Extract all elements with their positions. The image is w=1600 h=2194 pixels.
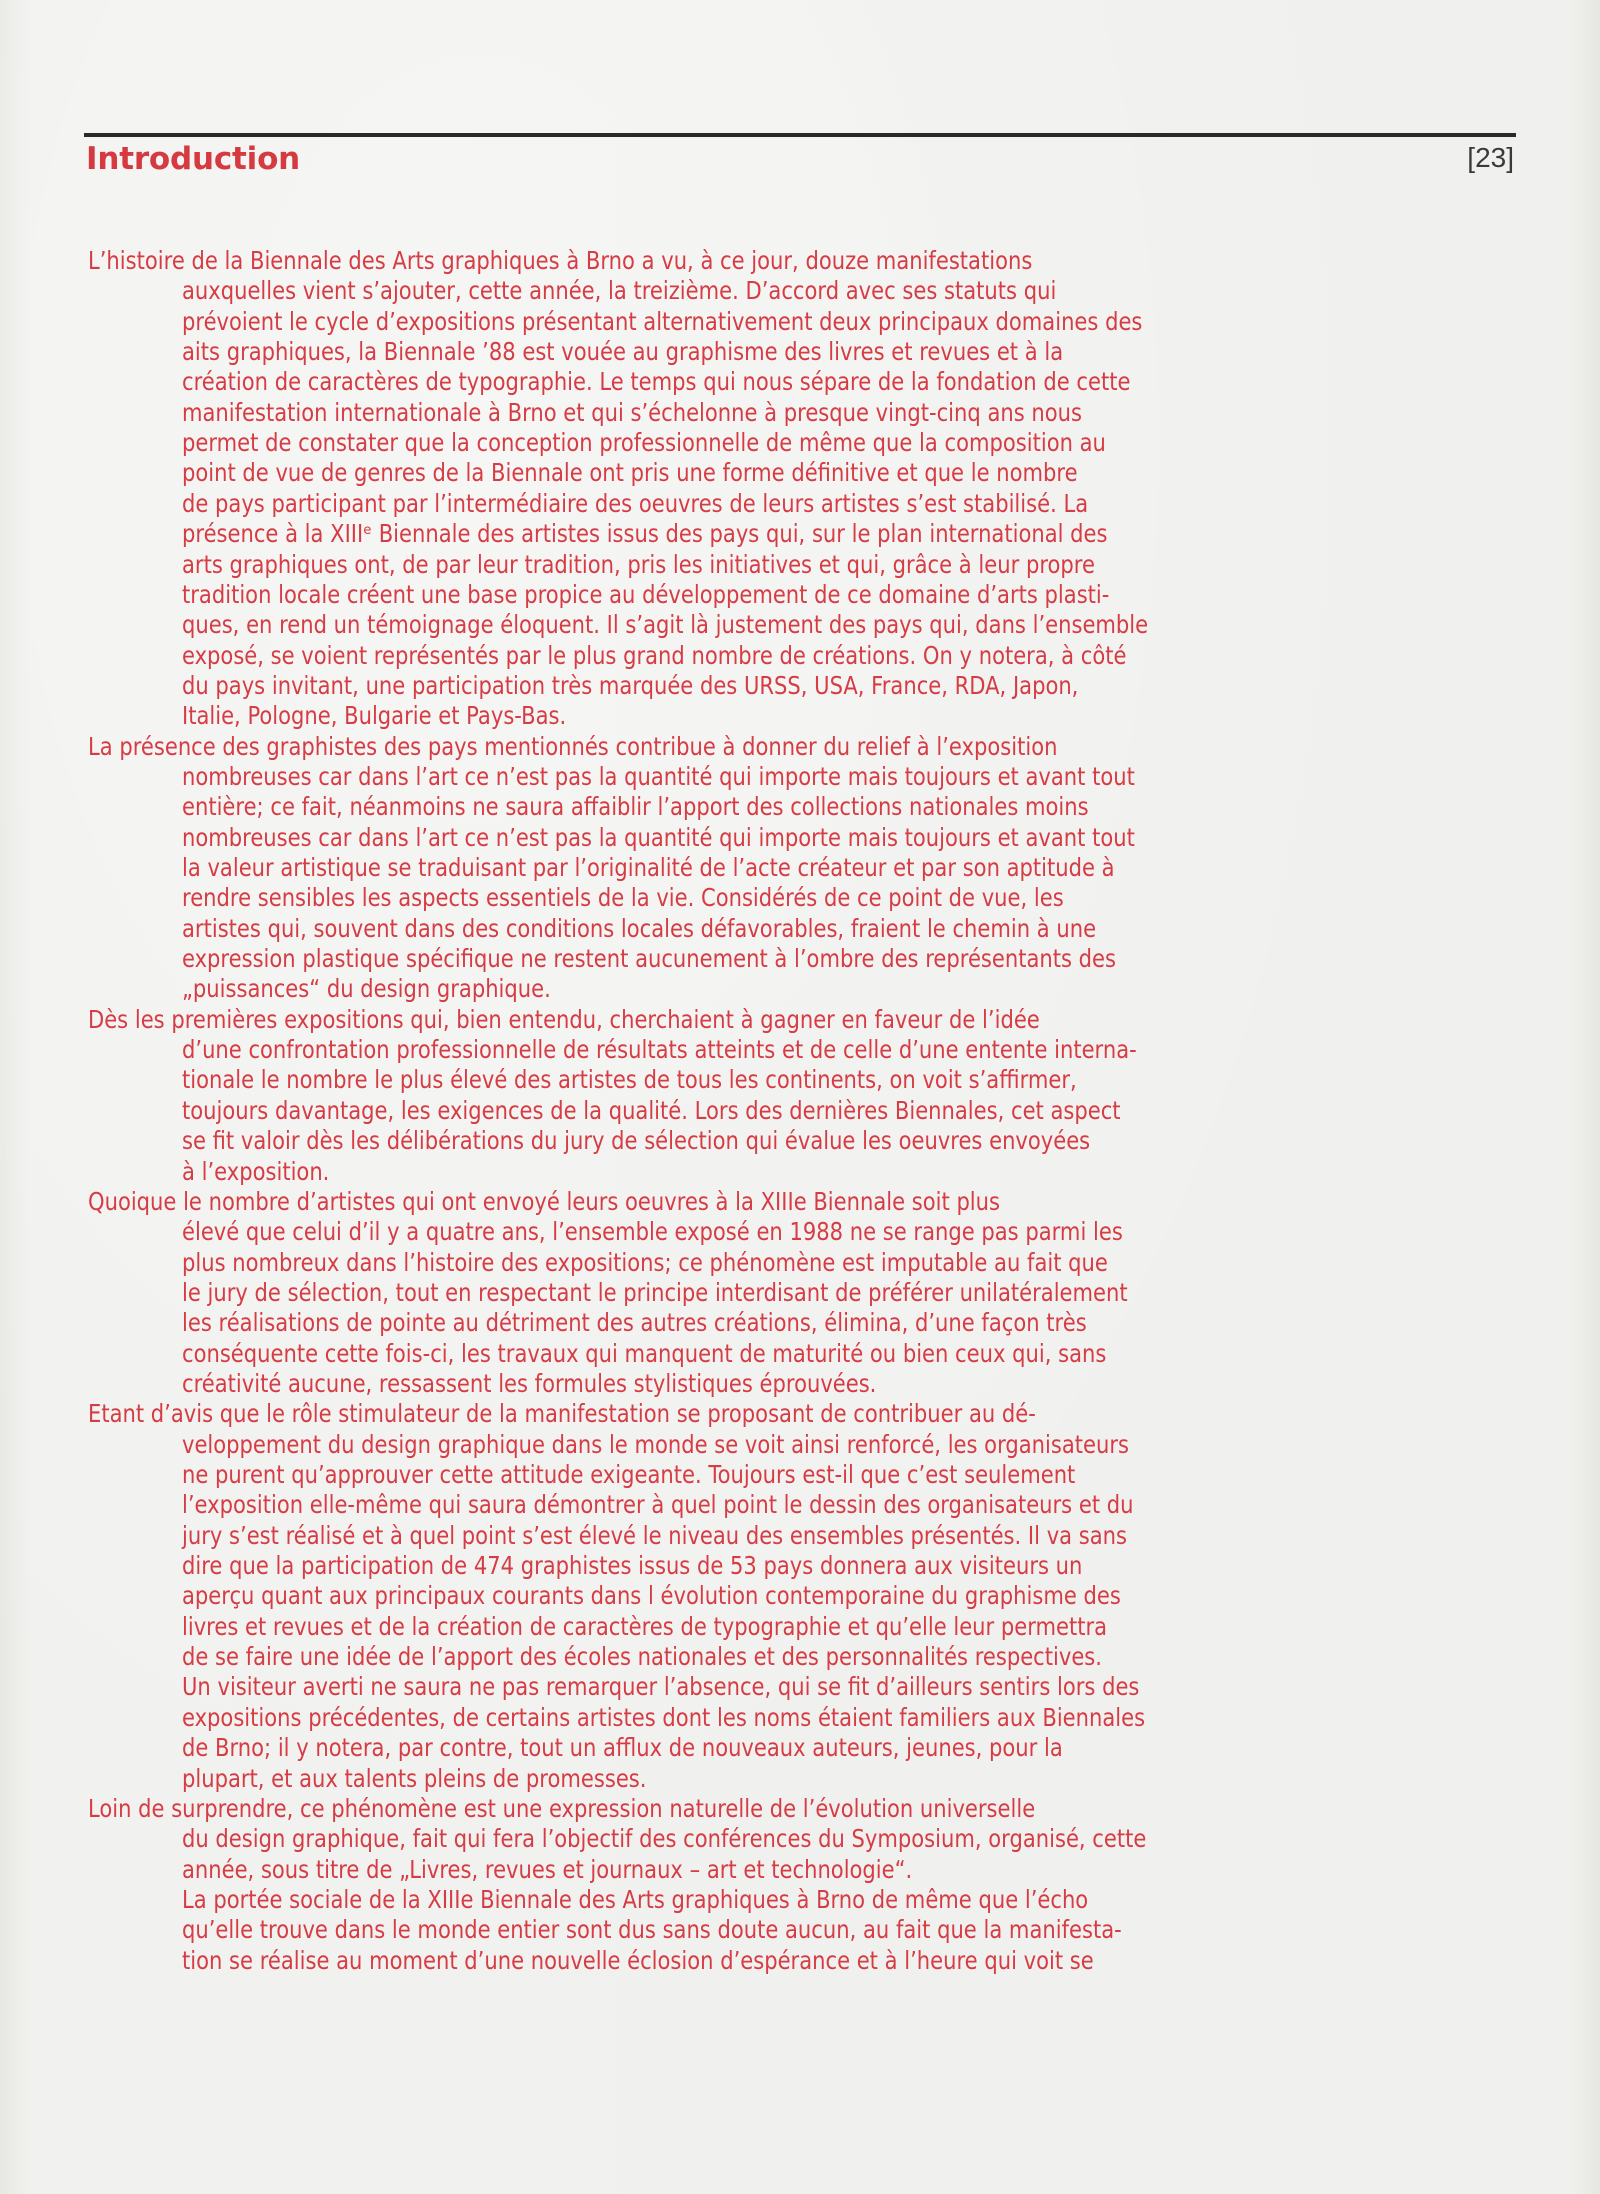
paragraph-line: élevé que celui d’il y a quatre ans, l’e… (182, 1217, 1123, 1247)
paragraph-line: de se faire une idée de l’apport des éco… (182, 1642, 1102, 1672)
paragraph-line: nombreuses car dans l’art ce n’est pas l… (182, 823, 1135, 853)
paragraph-line: permet de constater que la conception pr… (182, 428, 1106, 458)
paragraph-line: création de caractères de typographie. L… (182, 367, 1130, 397)
paragraph-first-line: La présence des graphistes des pays ment… (88, 732, 1057, 762)
paragraph-line: livres et revues et de la création de ca… (182, 1612, 1107, 1642)
paragraph-line: l’exposition elle-même qui saura démontr… (182, 1490, 1134, 1520)
paragraph-line: tionale le nombre le plus élevé des arti… (182, 1065, 1077, 1095)
paragraph-line: „puissances“ du design graphique. (182, 974, 551, 1004)
page-number: [23] (1467, 142, 1514, 174)
paragraph-line: jury s’est réalisé et à quel point s’est… (182, 1521, 1127, 1551)
paragraph-line: plus nombreux dans l’histoire des exposi… (182, 1248, 1108, 1278)
paragraph-line: de pays participant par l’intermédiaire … (182, 489, 1088, 519)
paragraph-line: de Brno; il y notera, par contre, tout u… (182, 1733, 1063, 1763)
paragraph-line: entière; ce fait, néanmoins ne saura aff… (182, 792, 1089, 822)
paragraph-line: du design graphique, fait qui fera l’obj… (182, 1824, 1146, 1854)
paragraph-line: ne purent qu’approuver cette attitude ex… (182, 1460, 1075, 1490)
paragraph-line: se fit valoir dès les délibérations du j… (182, 1126, 1090, 1156)
paragraph-line: plupart, et aux talents pleins de promes… (182, 1764, 646, 1794)
paragraph-line: Un visiteur averti ne saura ne pas remar… (182, 1672, 1139, 1702)
paragraph-line: aits graphiques, la Biennale ’88 est vou… (182, 337, 1063, 367)
paragraph-line: expositions précédentes, de certains art… (182, 1703, 1145, 1733)
paragraph-first-line: Dès les premières expositions qui, bien … (88, 1005, 1040, 1035)
paragraph-line: point de vue de genres de la Biennale on… (182, 458, 1078, 488)
paragraph-first-line: Etant d’avis que le rôle stimulateur de … (88, 1399, 1036, 1429)
paragraph-line: conséquente cette fois-ci, les travaux q… (182, 1339, 1106, 1369)
paragraph-line: exposé, se voient représentés par le plu… (182, 641, 1126, 671)
paragraph-line: ques, en rend un témoignage éloquent. Il… (182, 610, 1148, 640)
paragraph-line: dire que la participation de 474 graphis… (182, 1551, 1082, 1581)
paragraph-line: qu’elle trouve dans le monde entier sont… (182, 1915, 1122, 1945)
paragraph-line: nombreuses car dans l’art ce n’est pas l… (182, 762, 1135, 792)
paragraph-line: expression plastique spécifique ne reste… (182, 944, 1116, 974)
paragraph-line: prévoient le cycle d’expositions présent… (182, 307, 1142, 337)
header-rule (84, 133, 1516, 137)
paragraph-line: arts graphiques ont, de par leur traditi… (182, 550, 1095, 580)
paragraph-line: tion se réalise au moment d’une nouvelle… (182, 1946, 1094, 1976)
paragraph-line: d’une confrontation professionnelle de r… (182, 1035, 1137, 1065)
paragraph-first-line: L’histoire de la Biennale des Arts graph… (88, 246, 1032, 276)
paragraph-line: toujours davantage, les exigences de la … (182, 1096, 1121, 1126)
paragraph-line: artistes qui, souvent dans des condition… (182, 914, 1096, 944)
paragraph-first-line: Loin de surprendre, ce phénomène est une… (88, 1794, 1035, 1824)
paragraph-line: année, sous titre de „Livres, revues et … (182, 1855, 912, 1885)
paragraph-line: la valeur artistique se traduisant par l… (182, 853, 1115, 883)
paragraph-line: auxquelles vient s’ajouter, cette année,… (182, 276, 1056, 306)
paragraph-line: Italie, Pologne, Bulgarie et Pays-Bas. (182, 701, 566, 731)
paragraph-line: veloppement du design graphique dans le … (182, 1430, 1129, 1460)
paragraph-line: La portée sociale de la XIIIe Biennale d… (182, 1885, 1088, 1915)
paragraph-first-line: Quoique le nombre d’artistes qui ont env… (88, 1187, 1000, 1217)
paragraph-line: aperçu quant aux principaux courants dan… (182, 1581, 1121, 1611)
paragraph-line: à l’exposition. (182, 1157, 329, 1187)
paragraph-line: rendre sensibles les aspects essentiels … (182, 883, 1064, 913)
paragraph-line: créativité aucune, ressassent les formul… (182, 1369, 876, 1399)
paragraph-line: le jury de sélection, tout en respectant… (182, 1278, 1128, 1308)
paragraph-line: présence à la XIIIᵉ Biennale des artiste… (182, 519, 1107, 549)
paragraph-line: du pays invitant, une participation très… (182, 671, 1078, 701)
paragraph-line: les réalisations de pointe au détriment … (182, 1308, 1087, 1338)
paragraph-line: manifestation internationale à Brno et q… (182, 398, 1082, 428)
paragraph-line: tradition locale créent une base propice… (182, 580, 1109, 610)
document-page: Introduction [23] L’histoire de la Bienn… (0, 0, 1600, 2194)
page-title: Introduction (86, 141, 300, 177)
